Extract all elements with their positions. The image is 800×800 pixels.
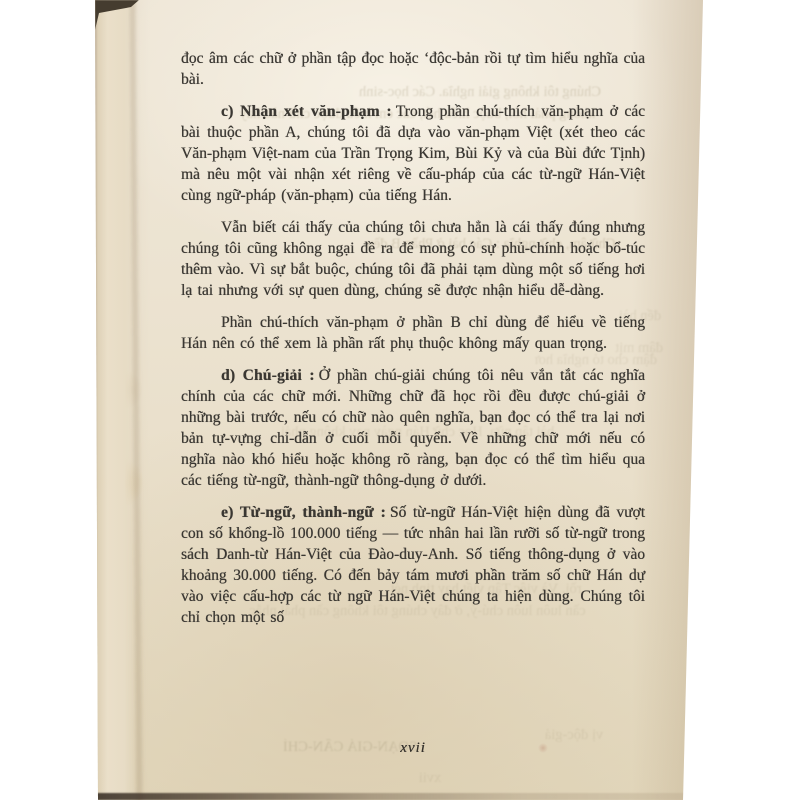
body-paragraph: c) Nhận xét văn-phạm :Trong phần chú-thí… — [181, 101, 645, 206]
body-paragraph: Vẫn biết cái thấy của chúng tôi chưa hẳn… — [181, 217, 645, 301]
body-paragraph: Phần chú-thích văn-phạm ở phần B chỉ dùn… — [181, 312, 645, 354]
paragraph-text: Số từ-ngữ Hán-Việt hiện dùng đã vượt con… — [181, 504, 645, 626]
book-bottom-edge — [95, 793, 705, 800]
page-text: đọc âm các chữ ở phần tập đọc hoặc ‘độc-… — [181, 48, 645, 639]
photo-canvas: Chúng tôi không giải nghĩa. Các học-sinh… — [0, 0, 800, 800]
page-number: xvii — [181, 740, 645, 757]
body-paragraph: đọc âm các chữ ở phần tập đọc hoặc ‘độc-… — [181, 48, 645, 90]
body-paragraph: e) Từ-ngữ, thành-ngữ :Số từ-ngữ Hán-Việt… — [181, 502, 645, 628]
section-label: e) Từ-ngữ, thành-ngữ : — [221, 504, 386, 521]
paragraph-text: đọc âm các chữ ở phần tập đọc hoặc ‘độc-… — [181, 50, 645, 88]
section-label: d) Chú-giải : — [221, 367, 315, 384]
paragraph-text: Ở phần chú-giải chúng tôi nêu vắn tắt cá… — [181, 367, 645, 489]
body-paragraph: d) Chú-giải :Ở phần chú-giải chúng tôi n… — [181, 365, 645, 491]
bleed-through-line: xvii — [390, 770, 470, 787]
section-label: c) Nhận xét văn-phạm : — [221, 103, 392, 120]
paragraph-text: Phần chú-thích văn-phạm ở phần B chỉ dùn… — [181, 314, 645, 352]
paragraph-text: Vẫn biết cái thấy của chúng tôi chưa hẳn… — [181, 219, 645, 299]
book-photo: Chúng tôi không giải nghĩa. Các học-sinh… — [95, 0, 705, 800]
